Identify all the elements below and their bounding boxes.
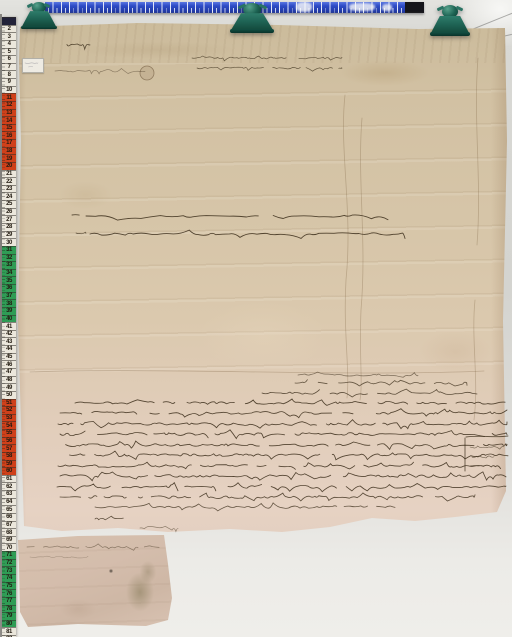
tape-glare [382,4,392,11]
clip-body [231,13,273,30]
paper-edge-shading [491,21,507,534]
paper-stain [58,181,113,209]
clip-lip [230,29,274,33]
vertical-measuring-strip: 2345678910111213141516171819202122232425… [2,17,16,637]
bulldog-clip-right [431,5,469,36]
tape-glare [349,3,375,11]
clip-body [22,11,56,26]
paper-edge-shading [18,21,26,534]
archival-photograph: 2345678910111213141516171819202122232425… [0,0,512,637]
paper-stain [340,60,430,86]
paper-stain [198,301,328,371]
ruler-tick-marks [2,17,5,637]
paper-stain [78,41,238,59]
manuscript-fragment [18,534,173,629]
clip-lip [21,26,56,29]
tape-end-cap [405,2,424,13]
manuscript-sheet [18,21,507,534]
archive-label [22,58,44,73]
photo-edge-shadow [0,14,2,637]
bulldog-clip-left [22,2,56,29]
clip-body [431,16,469,33]
tape-glare [296,2,312,12]
bulldog-clip-center [231,3,273,33]
fragment-stains [18,534,173,629]
clip-lip [430,32,470,36]
paper-stain [418,331,493,373]
